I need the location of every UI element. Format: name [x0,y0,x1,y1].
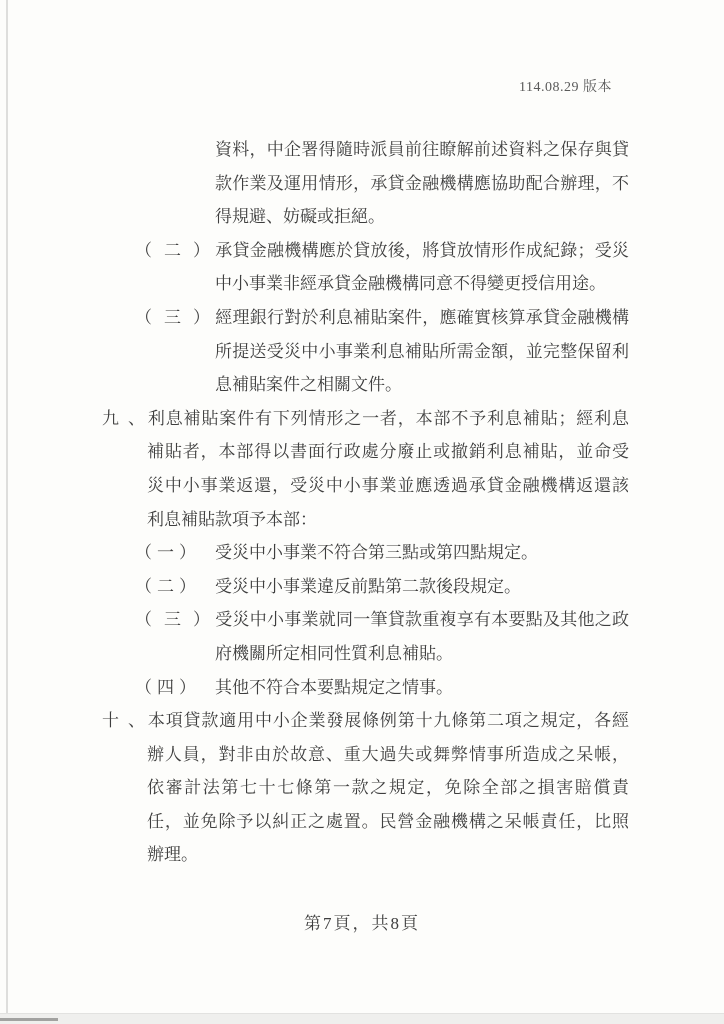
text-line: 款作業及運用情形，承貸金融機構應協助配合辦理，不 [102,167,629,201]
line-text: 本項貸款適用中小企業發展條例第十九條第二項之規定，各經 [147,711,629,730]
text-line: 息補貼案件之相關文件。 [102,368,629,402]
paragraph: （二）承貸金融機構應於貸放後，將貸放情形作成紀錄；受災中小事業非經承貸金融機構同… [102,234,629,301]
text-line: （一）受災中小事業不符合第三點或第四點規定。 [102,536,629,570]
paragraph: 九、利息補貼案件有下列情形之一者，本部不予利息補貼；經利息補貼者，本部得以書面行… [102,402,629,536]
paragraph: （四）其他不符合本要點規定之情事。 [102,671,629,705]
text-line: 中小事業非經承貸金融機構同意不得變更授信用途。 [102,267,629,301]
text-line: 府機關所定相同性質利息補貼。 [102,637,629,671]
text-line: 依審計法第七十七條第一款之規定，免除全部之損害賠償責 [102,771,629,805]
text-line: 補貼者，本部得以書面行政處分廢止或撤銷利息補貼，並命受 [102,435,629,469]
paragraph: （一）受災中小事業不符合第三點或第四點規定。 [102,536,629,570]
text-line: （二）受災中小事業違反前點第二款後段規定。 [102,570,629,604]
text-line: 得規避、妨礙或拒絕。 [102,200,629,234]
text-line: （三）受災中小事業就同一筆貸款重複享有本要點及其他之政 [102,603,629,637]
text-line: 辦人員，對非由於故意、重大過失或舞弊情事所造成之呆帳， [102,738,629,772]
version-label: 114.08.29 版本 [519,76,612,96]
item-marker: （一） [135,536,215,570]
item-marker: （二） [135,570,215,604]
page-number-footer: 第7頁，共8頁 [0,912,724,936]
text-line: 九、利息補貼案件有下列情形之一者，本部不予利息補貼；經利息 [102,402,629,436]
line-text: 經理銀行對於利息補貼案件，應確實核算承貸金融機構 [215,308,629,327]
line-text: 受災中小事業就同一筆貸款重複享有本要點及其他之政 [215,610,629,629]
text-line: 十、本項貸款適用中小企業發展條例第十九條第二項之規定，各經 [102,704,629,738]
text-line: （四）其他不符合本要點規定之情事。 [102,671,629,705]
scan-edge-bottom-artifact [0,1013,724,1024]
item-marker: （三） [135,301,215,335]
item-marker: 九、 [102,402,147,436]
document-body: 資料，中企署得隨時派員前往瞭解前述資料之保存與貸款作業及運用情形，承貸金融機構應… [102,133,629,872]
text-line: 資料，中企署得隨時派員前往瞭解前述資料之保存與貸 [102,133,629,167]
paragraph: 十、本項貸款適用中小企業發展條例第十九條第二項之規定，各經辦人員，對非由於故意、… [102,704,629,872]
scan-edge-left-artifact [6,0,8,1024]
line-text: 其他不符合本要點規定之情事。 [215,678,453,697]
line-text: 受災中小事業不符合第三點或第四點規定。 [215,543,538,562]
paragraph: 資料，中企署得隨時派員前往瞭解前述資料之保存與貸款作業及運用情形，承貸金融機構應… [102,133,629,234]
line-text: 承貸金融機構應於貸放後，將貸放情形作成紀錄；受災 [215,241,629,260]
text-line: 辦理。 [102,838,629,872]
text-line: （三）經理銀行對於利息補貼案件，應確實核算承貸金融機構 [102,301,629,335]
text-line: （二）承貸金融機構應於貸放後，將貸放情形作成紀錄；受災 [102,234,629,268]
paragraph: （三）經理銀行對於利息補貼案件，應確實核算承貸金融機構所提送受災中小事業利息補貼… [102,301,629,402]
paragraph: （二）受災中小事業違反前點第二款後段規定。 [102,570,629,604]
text-line: 任，並免除予以糾正之處置。民營金融機構之呆帳責任，比照 [102,805,629,839]
item-marker: （四） [135,671,215,705]
document-page: 114.08.29 版本 資料，中企署得隨時派員前往瞭解前述資料之保存與貸款作業… [0,0,724,1024]
text-line: 災中小事業返還，受災中小事業並應透過承貸金融機構返還該 [102,469,629,503]
paragraph: （三）受災中小事業就同一筆貸款重複享有本要點及其他之政府機關所定相同性質利息補貼… [102,603,629,670]
line-text: 受災中小事業違反前點第二款後段規定。 [215,577,521,596]
line-text: 利息補貼案件有下列情形之一者，本部不予利息補貼；經利息 [147,409,629,428]
item-marker: 十、 [102,704,147,738]
text-line: 利息補貼款項予本部： [102,503,629,537]
text-line: 所提送受災中小事業利息補貼所需金額，並完整保留利 [102,335,629,369]
item-marker: （二） [135,234,215,268]
item-marker: （三） [135,603,215,637]
scan-edge-bottom-dash-artifact [0,1018,58,1021]
